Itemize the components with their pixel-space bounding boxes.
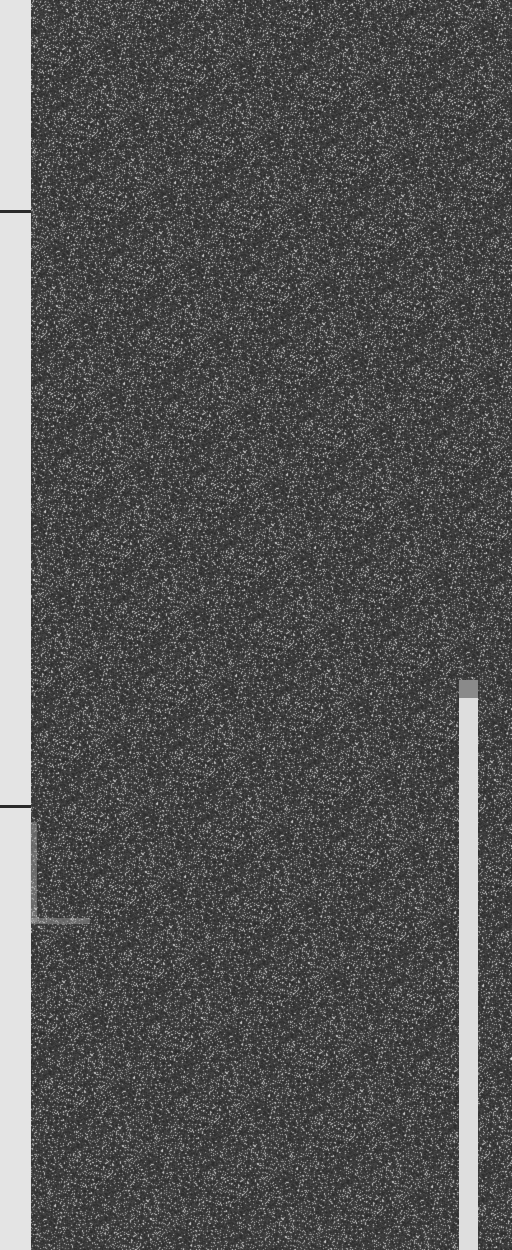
edge-line-seam [0, 805, 31, 808]
lane-marking-end [459, 680, 478, 698]
faded-marking [30, 822, 37, 922]
left-edge-line [0, 0, 31, 1250]
right-lane-marking [459, 680, 478, 1250]
road-photo [0, 0, 512, 1250]
faded-marking [30, 918, 90, 924]
asphalt-texture [0, 0, 512, 1250]
edge-line-seam [0, 210, 31, 213]
